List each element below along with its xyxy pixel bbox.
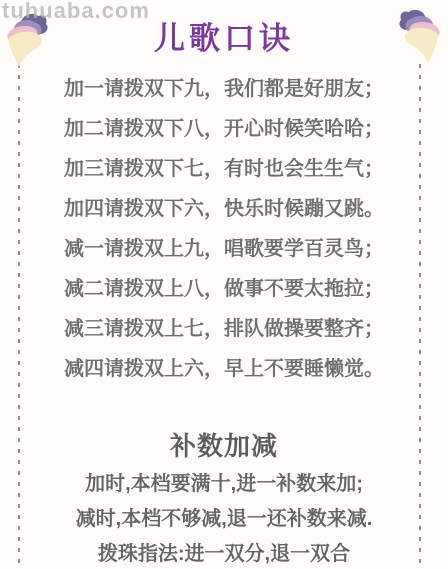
rhyme-line: 加三请拨双下七，有时也会生生气； (28, 149, 420, 189)
poster-page: tuhuaba.com 儿歌口诀 加一请拨双下九，我们都是好朋友； 加二请拨双下… (0, 0, 448, 569)
rhyme-line: 加四请拨双下六，快乐时候蹦又跳。 (28, 189, 420, 229)
ice-cream-icon-right (397, 8, 447, 66)
watermark-text: tuhuaba.com (2, 0, 150, 24)
rhyme-line: 加二请拨双下八，开心时候笑哈哈； (28, 109, 420, 149)
rhyme-line: 减三请拨双上七，排队做操要整齐； (28, 309, 420, 349)
rhyme-line: 减二请拨双上八，做事不要太拖拉； (28, 269, 420, 309)
rhyme-line: 减一请拨双上九，唱歌要学百灵鸟； (28, 229, 420, 269)
section-title: 补数加减 (0, 426, 448, 463)
note-line: 拨珠指法:进一双分,退一双合 (28, 537, 420, 569)
rhyme-block: 加一请拨双下九，我们都是好朋友； 加二请拨双下八，开心时候笑哈哈； 加三请拨双下… (28, 69, 420, 389)
note-line: 减时,本档不够减,退一还补数来减. (28, 502, 420, 537)
left-dashed-border (18, 64, 20, 569)
notes-block: 加时,本档要满十,进一补数来加; 减时,本档不够减,退一还补数来减. 拨珠指法:… (28, 467, 420, 569)
rhyme-line: 减四请拨双上六，早上不要睡懒觉。 (28, 349, 420, 389)
note-line: 加时,本档要满十,进一补数来加; (28, 467, 420, 502)
rhyme-line: 加一请拨双下九，我们都是好朋友； (28, 69, 420, 109)
right-dashed-border (419, 64, 421, 569)
